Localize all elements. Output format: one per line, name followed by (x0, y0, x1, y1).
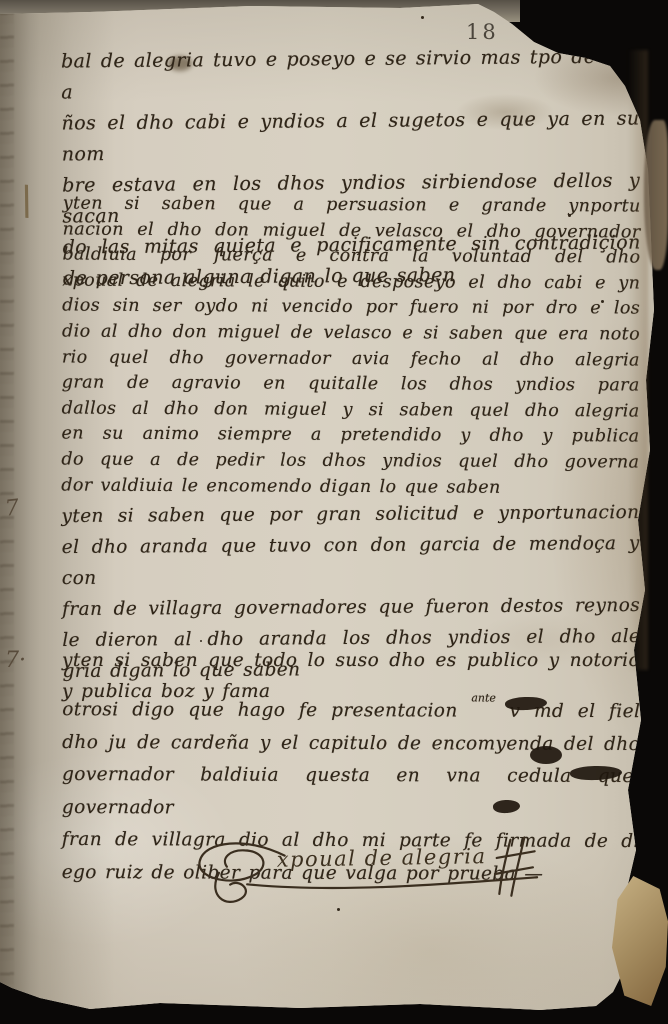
folio-number: 18 (466, 20, 499, 44)
interlinear-insertion: ante (471, 691, 496, 704)
manuscript-line: nacion el dho don miguel de velasco el d… (63, 217, 641, 246)
manuscript-line: governador baldiuia questa en vna cedula… (62, 759, 640, 826)
page-edge-curl (644, 120, 668, 270)
manuscript-line: yten si saben que a persuasion e grande … (63, 191, 641, 220)
petition-intro: otrosi digo que hago fe presentacion (62, 699, 457, 721)
ink-speck (574, 12, 578, 16)
page-stack-edge (628, 50, 648, 670)
margin-tally-mark: 7· (5, 648, 26, 673)
photo-background: 18 bal de alegria tuvo e poseyo e se sir… (0, 0, 668, 1024)
deposition-paragraph-2: yten si saben que a persuasion e grande … (61, 191, 641, 501)
folded-corner (612, 876, 668, 1006)
manuscript-line: yten si saben que por gran solicitud e y… (61, 497, 639, 532)
margin-tally-mark: 7 (4, 495, 21, 521)
manuscript-line: dios sin ser oydo ni vencido por fuero n… (62, 294, 640, 323)
manuscript-line: xpoual de alegria le quito e desposeyo e… (62, 268, 640, 297)
manuscript-line: rio quel dho governador avia fecho al dh… (62, 345, 640, 374)
ink-speck (421, 16, 424, 19)
manuscript-page: 18 bal de alegria tuvo e poseyo e se sir… (0, 0, 668, 1024)
manuscript-line: baldiuia por fuerça e contra la voluntad… (62, 243, 640, 272)
signature-flourish (184, 827, 576, 924)
manuscript-line: el dho aranda que tuvo con don garcia de… (62, 528, 640, 594)
manuscript-line: bal de alegria tuvo e poseyo e se sirvio… (61, 41, 640, 108)
manuscript-line: fran de villagra governadores que fueron… (62, 590, 640, 625)
manuscript-line: gran de agravio en quitalle los dhos ynd… (62, 371, 640, 400)
manuscript-line: do que a de pedir los dhos yndios quel d… (61, 447, 639, 476)
manuscript-line: yten si saben que todo lo suso dho es pu… (62, 645, 640, 676)
signature-block: xpoual de alegria (184, 827, 576, 924)
manuscript-line: en su animo siempre a pretendido y dho y… (61, 422, 639, 451)
manuscript-line: dallos al dho don miguel y si saben quel… (62, 396, 640, 425)
signature-name: xpoual de alegria (277, 844, 487, 872)
manuscript-line: dio al dho don miguel de velasco e si sa… (62, 319, 640, 348)
manuscript-line: ños el dho cabi e yndios a el sugetos e … (61, 103, 640, 170)
ink-blot (530, 746, 562, 764)
manuscript-line: otrosi digo que hago fe presentacion ant… (62, 689, 640, 729)
